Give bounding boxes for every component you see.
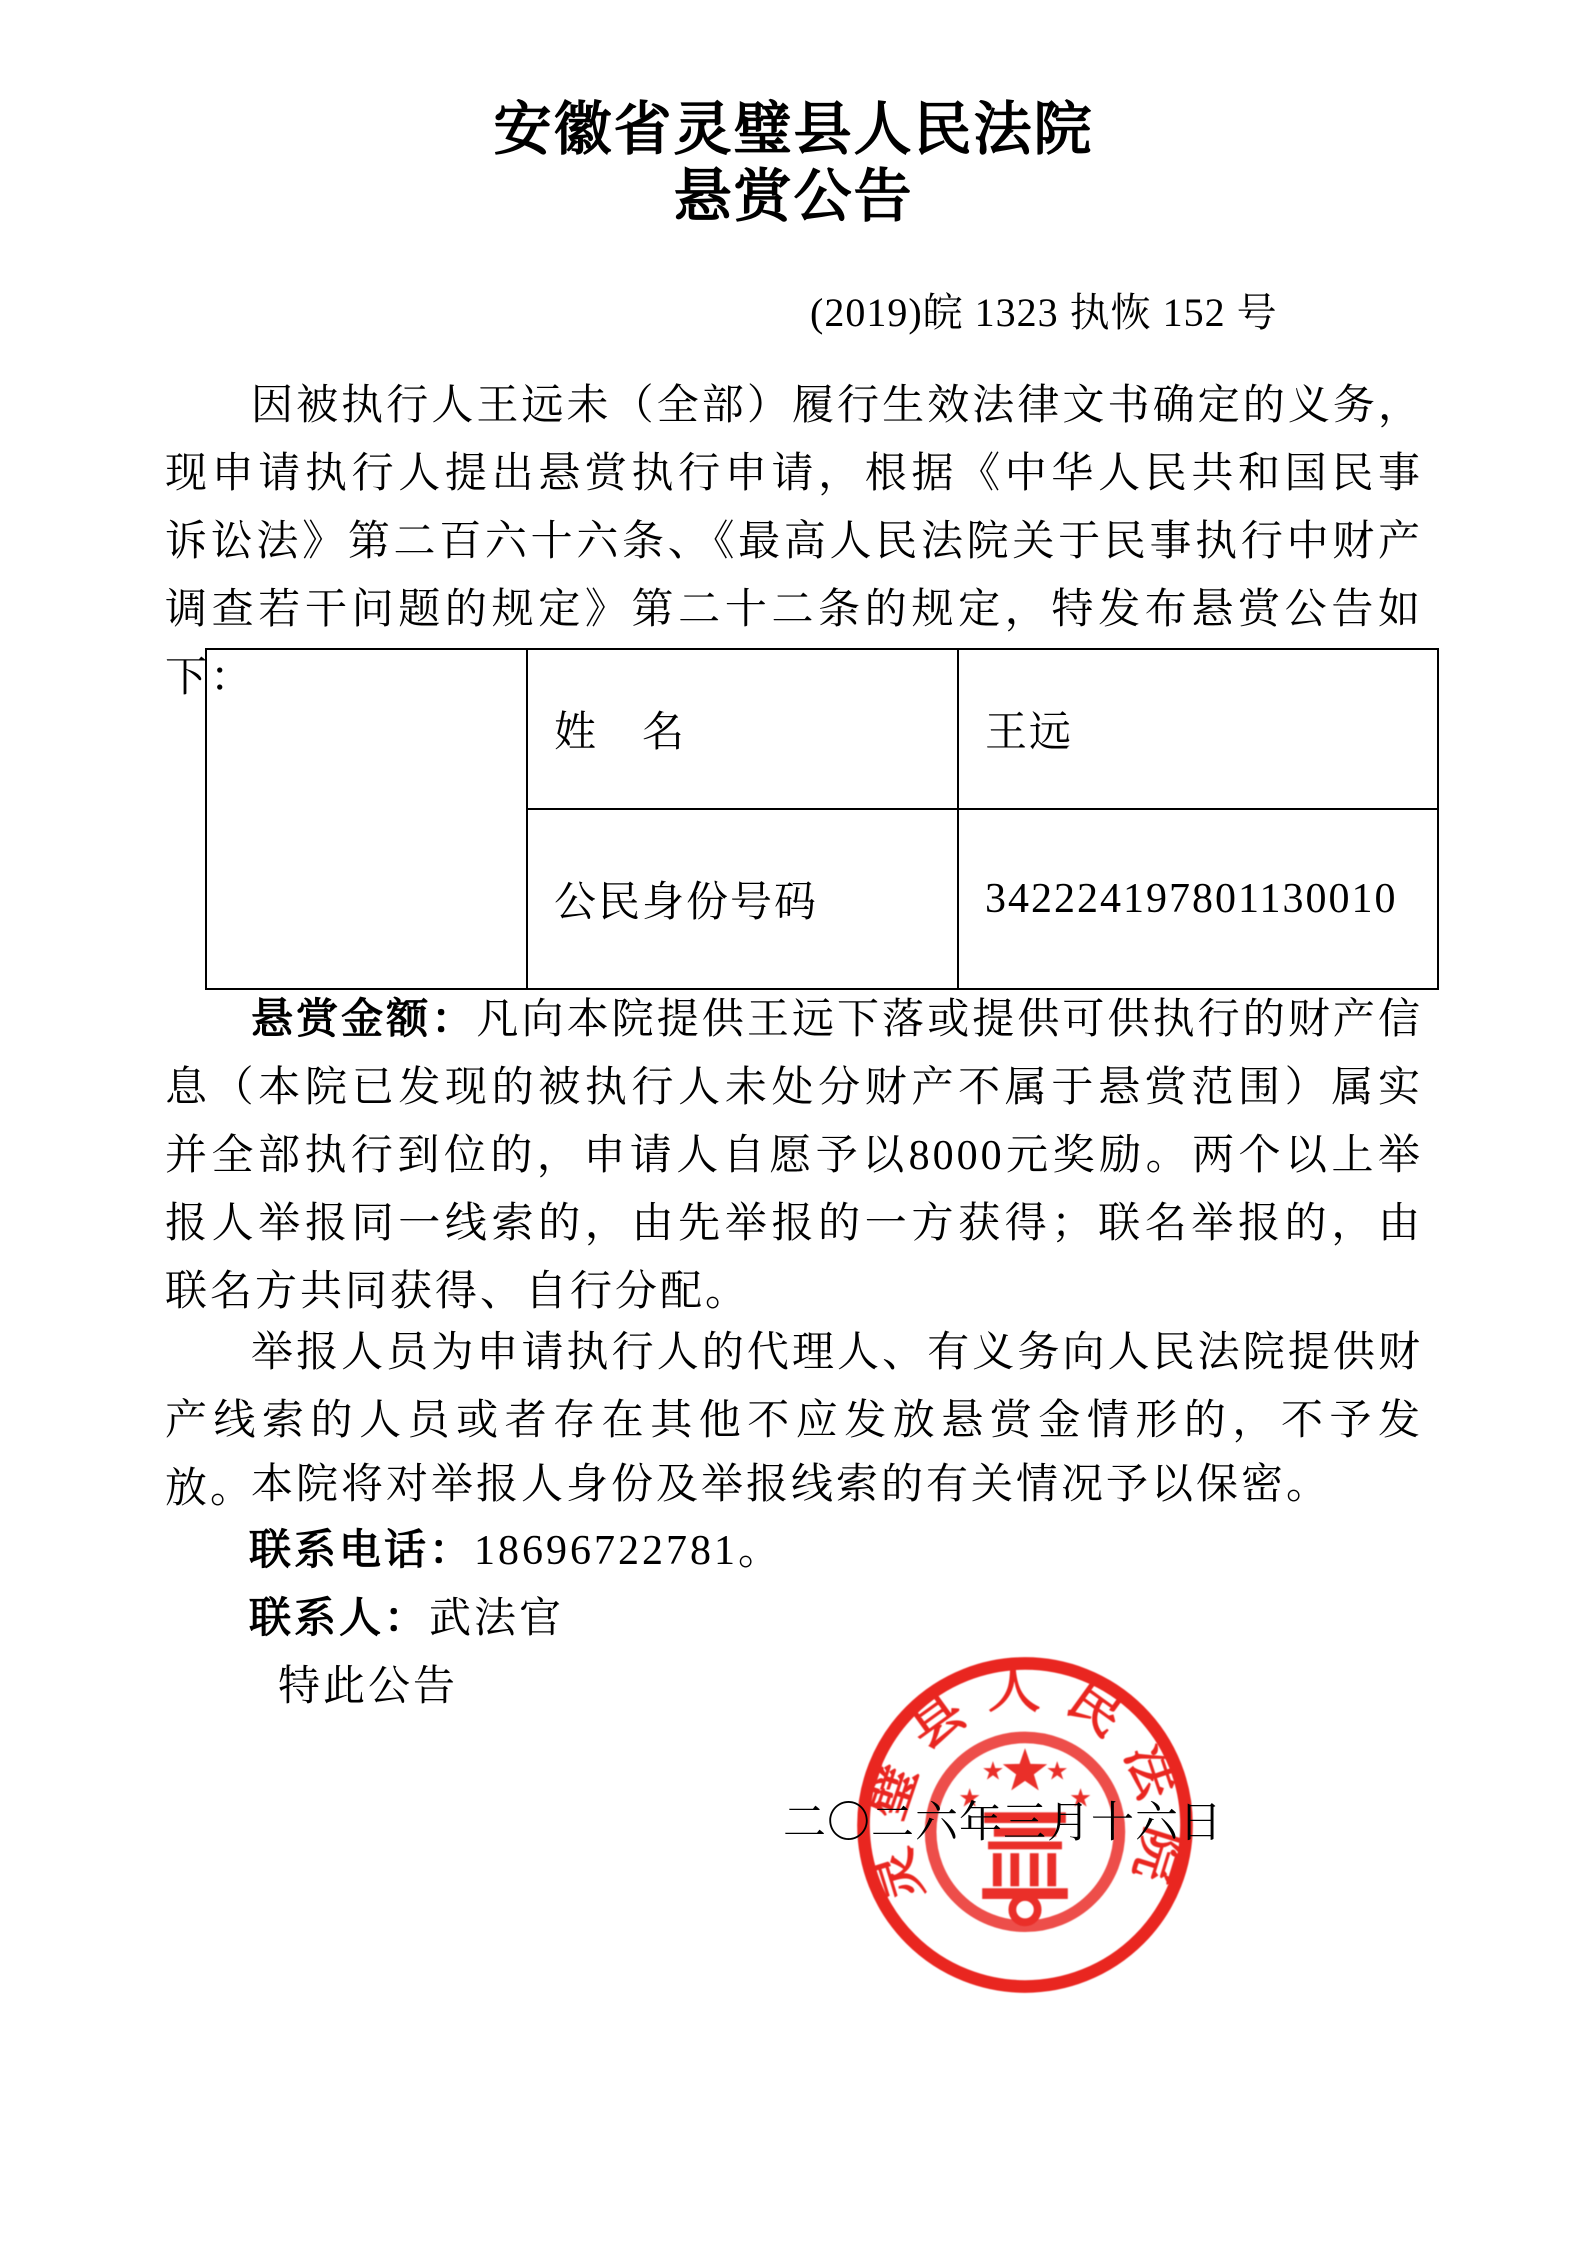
secrecy-paragraph: 本院将对举报人身份及举报线索的有关情况予以保密。: [165, 1451, 1423, 1519]
seal-small-star: ★: [958, 1785, 981, 1813]
case-number: (2019)皖 1323 执恢 152 号: [810, 281, 1278, 338]
photo-cell: [206, 649, 527, 989]
court-name-title: 安徽省灵璧县人民法院: [0, 96, 1587, 163]
name-label-cell: 姓 名: [527, 649, 958, 809]
table-row: 姓 名 王远: [206, 649, 1438, 809]
document-title: 安徽省灵璧县人民法院 悬赏公告: [0, 96, 1587, 230]
court-seal: ★ ★ ★ ★ 灵璧县人民法院: [845, 1645, 1205, 2005]
reward-label: 悬赏金额：: [251, 997, 476, 1043]
seal-big-star: [1003, 1748, 1047, 1790]
closing-line: 特此公告: [278, 1653, 458, 1713]
seal-emblem: ★ ★ ★ ★: [931, 1737, 1120, 1926]
subject-table: 姓 名 王远 公民身份号码 342224197801130010: [205, 648, 1439, 990]
reward-text: 凡向本院提供王远下落或提供可供执行的财产信息（本院已发现的被执行人未处分财产不属…: [165, 997, 1423, 1315]
seal-small-star: ★: [1046, 1757, 1069, 1785]
contact-person-line: 联系人：武法官: [249, 1585, 564, 1645]
reward-paragraph: 悬赏金额：凡向本院提供王远下落或提供可供执行的财产信息（本院已发现的被执行人未处…: [165, 986, 1423, 1326]
contact-person-label: 联系人：: [249, 1596, 429, 1642]
id-label-cell: 公民身份号码: [527, 809, 958, 989]
contact-phone-value: 18696722781。: [474, 1528, 783, 1574]
name-value-cell: 王远: [958, 649, 1438, 809]
doc-type-title: 悬赏公告: [0, 163, 1587, 230]
seal-small-star: ★: [982, 1757, 1005, 1785]
id-value-cell: 342224197801130010: [958, 809, 1438, 989]
contact-phone-line: 联系电话：18696722781。: [249, 1517, 783, 1577]
seal-ring-text-holder: 灵璧县人民法院: [856, 1659, 1194, 1909]
document-page: 安徽省灵璧县人民法院 悬赏公告 (2019)皖 1323 执恢 152 号 因被…: [0, 0, 1587, 2245]
seal-ring-text: 灵璧县人民法院: [856, 1659, 1194, 1909]
contact-phone-label: 联系电话：: [249, 1528, 474, 1574]
seal-small-star: ★: [1069, 1785, 1092, 1813]
contact-person-value: 武法官: [429, 1596, 564, 1642]
